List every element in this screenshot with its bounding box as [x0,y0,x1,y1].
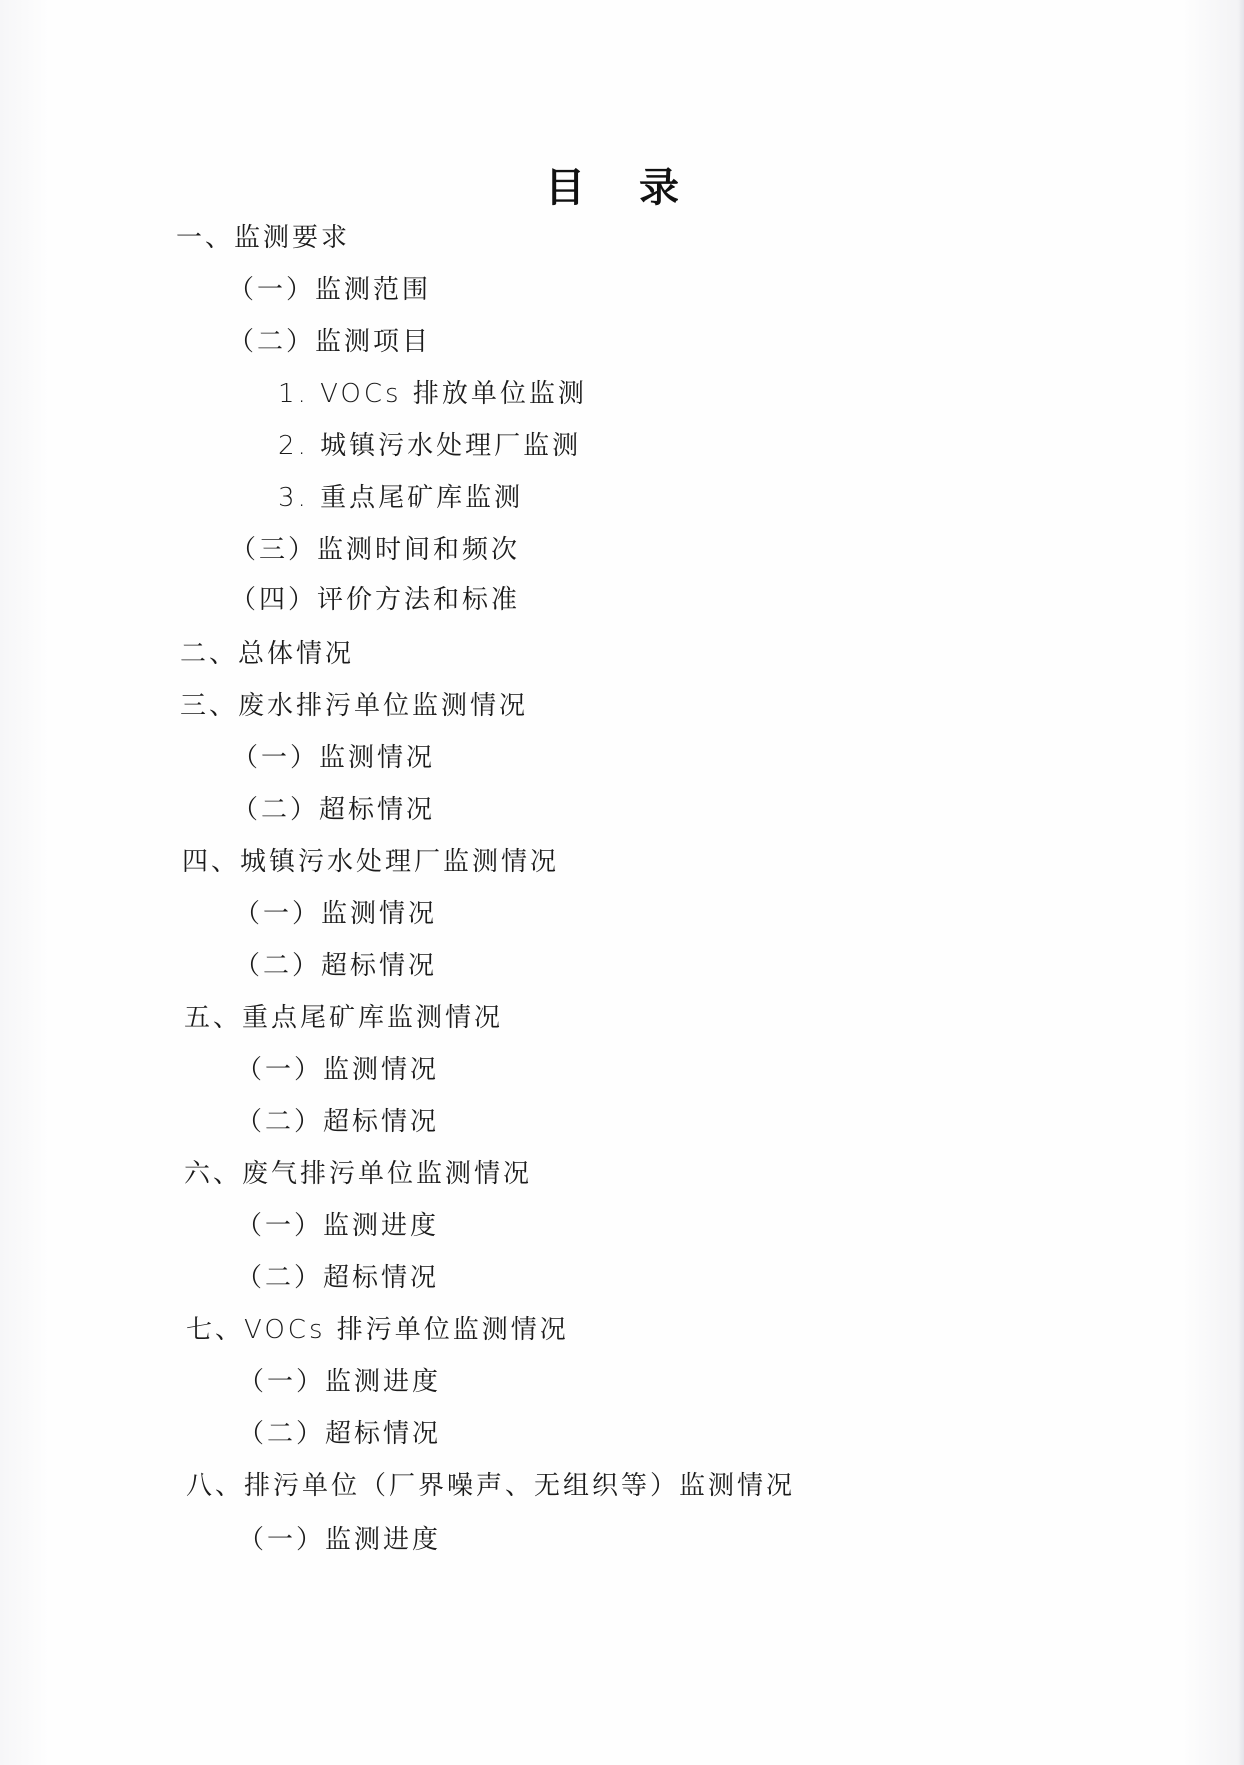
toc-entry-1-2-1: 1. VOCs 排放单位监测 [278,376,587,412]
toc-entry-6: 六、废气排污单位监测情况 [184,1156,532,1192]
toc-entry-1-1: （一）监测范围 [228,272,431,308]
toc-entry-3-1: （一）监测情况 [232,740,435,776]
toc-entry-1-2: （二）监测项目 [228,324,431,360]
toc-entry-1-3: （三）监测时间和频次 [230,532,520,568]
toc-entry-3: 三、废水排污单位监测情况 [180,688,528,724]
toc-entry-6-2: （二）超标情况 [236,1260,439,1296]
toc-entry-5-2: （二）超标情况 [236,1104,439,1140]
toc-entry-1: 一、监测要求 [176,220,350,256]
toc-entry-2: 二、总体情况 [180,636,354,672]
toc-entry-5-1: （一）监测情况 [236,1052,439,1088]
toc-entry-6-1: （一）监测进度 [236,1208,439,1244]
toc-entry-4: 四、城镇污水处理厂监测情况 [182,844,559,880]
toc-entry-3-2: （二）超标情况 [232,792,435,828]
toc-entry-1-2-2: 2. 城镇污水处理厂监测 [278,428,581,464]
toc-entry-8-1: （一）监测进度 [238,1522,441,1558]
toc-entry-1-2-3: 3. 重点尾矿库监测 [278,480,523,516]
table-of-contents: 一、监测要求 （一）监测范围 （二）监测项目 1. VOCs 排放单位监测 2.… [0,0,1244,1765]
toc-entry-1-4: （四）评价方法和标准 [230,582,520,618]
toc-entry-7: 七、VOCs 排污单位监测情况 [186,1312,569,1348]
toc-entry-5: 五、重点尾矿库监测情况 [184,1000,503,1036]
toc-entry-4-1: （一）监测情况 [234,896,437,932]
toc-entry-8: 八、排污单位（厂界噪声、无组织等）监测情况 [186,1468,795,1504]
toc-entry-7-2: （二）超标情况 [238,1416,441,1452]
scanned-page: 目 录 一、监测要求 （一）监测范围 （二）监测项目 1. VOCs 排放单位监… [0,0,1244,1765]
toc-entry-7-1: （一）监测进度 [238,1364,441,1400]
toc-entry-4-2: （二）超标情况 [234,948,437,984]
